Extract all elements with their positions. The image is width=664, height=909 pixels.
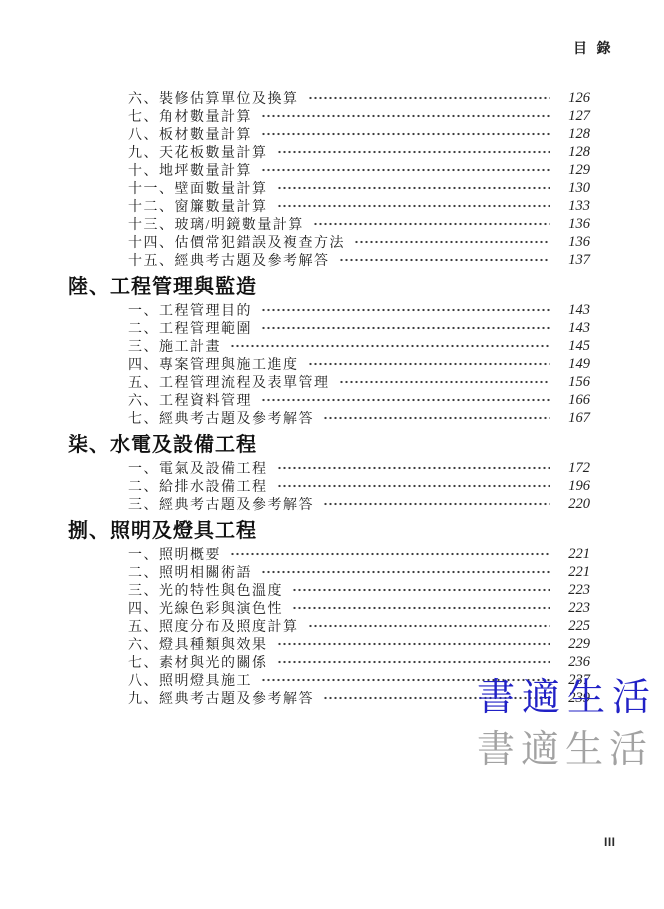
- toc-entry-page: 143: [556, 320, 590, 337]
- toc-entry-title: 三、光的特性與色溫度: [128, 580, 283, 600]
- watermark-secondary: 書適生活: [477, 731, 653, 769]
- toc-entry-page: 236: [556, 654, 590, 671]
- toc-leader-dots: [261, 301, 550, 319]
- toc-leader-dots: [323, 409, 550, 427]
- toc-entry-title: 三、施工計畫: [128, 336, 221, 356]
- toc-leader-dots: [261, 161, 550, 179]
- toc-leader-dots: [292, 581, 550, 599]
- toc-entry: 九、天花板數量計算128: [68, 143, 590, 161]
- toc-entry-title: 七、素材與光的關係: [128, 652, 268, 672]
- toc-entry-title: 七、經典考古題及參考解答: [128, 408, 314, 428]
- toc-entry-page: 145: [556, 338, 590, 355]
- toc-entry-page: 129: [556, 162, 590, 179]
- toc-entry-title: 二、給排水設備工程: [128, 476, 268, 496]
- toc-entry-page: 221: [556, 564, 590, 581]
- toc-leader-dots: [277, 635, 551, 653]
- toc-entry-title: 二、照明相關術語: [128, 562, 252, 582]
- toc-entry: 十三、玻璃/明鏡數量計算136: [68, 215, 590, 233]
- toc-leader-dots: [277, 143, 551, 161]
- toc-entry: 八、照明燈具施工237: [68, 671, 590, 689]
- toc-entry-title: 四、專案管理與施工進度: [128, 354, 299, 374]
- toc-entry-title: 十四、估價常犯錯誤及複查方法: [128, 232, 345, 252]
- toc-entry-title: 八、板材數量計算: [128, 124, 252, 144]
- toc-entry: 十、地坪數量計算129: [68, 161, 590, 179]
- table-of-contents: 六、裝修估算單位及換算126七、角材數量計算127八、板材數量計算128九、天花…: [68, 89, 590, 707]
- toc-leader-dots: [277, 653, 551, 671]
- toc-leader-dots: [277, 459, 551, 477]
- section-heading: 陸、工程管理與監造: [68, 275, 590, 299]
- toc-entry-page: 137: [556, 252, 590, 269]
- toc-entry-page: 229: [556, 636, 590, 653]
- toc-entry: 十五、經典考古題及參考解答137: [68, 251, 590, 269]
- toc-entry: 三、經典考古題及參考解答220: [68, 495, 590, 513]
- toc-leader-dots: [230, 337, 550, 355]
- toc-entry: 五、照度分布及照度計算225: [68, 617, 590, 635]
- toc-entry-page: 220: [556, 496, 590, 513]
- book-toc-page: 目 錄 六、裝修估算單位及換算126七、角材數量計算127八、板材數量計算128…: [0, 0, 664, 909]
- page-number: III: [604, 835, 616, 849]
- toc-entry-page: 143: [556, 302, 590, 319]
- toc-entry: 三、光的特性與色溫度223: [68, 581, 590, 599]
- toc-entry-title: 十二、窗簾數量計算: [128, 196, 268, 216]
- toc-leader-dots: [277, 477, 551, 495]
- toc-entry-title: 一、電氣及設備工程: [128, 458, 268, 478]
- toc-entry-page: 237: [556, 672, 590, 689]
- toc-entry-title: 七、角材數量計算: [128, 106, 252, 126]
- toc-leader-dots: [261, 671, 550, 689]
- toc-entry: 七、經典考古題及參考解答167: [68, 409, 590, 427]
- toc-entry-title: 六、裝修估算單位及換算: [128, 88, 299, 108]
- toc-entry-page: 136: [556, 216, 590, 233]
- toc-entry: 二、給排水設備工程196: [68, 477, 590, 495]
- toc-leader-dots: [313, 215, 550, 233]
- toc-entry: 二、工程管理範圍143: [68, 319, 590, 337]
- toc-entry-page: 196: [556, 478, 590, 495]
- toc-leader-dots: [230, 545, 550, 563]
- toc-entry-page: 166: [556, 392, 590, 409]
- toc-leader-dots: [277, 197, 551, 215]
- toc-entry-title: 九、經典考古題及參考解答: [128, 688, 314, 708]
- toc-leader-dots: [261, 319, 550, 337]
- toc-entry-title: 九、天花板數量計算: [128, 142, 268, 162]
- toc-entry: 三、施工計畫145: [68, 337, 590, 355]
- toc-leader-dots: [277, 179, 551, 197]
- toc-entry-title: 八、照明燈具施工: [128, 670, 252, 690]
- toc-entry-page: 126: [556, 90, 590, 107]
- toc-entry-title: 一、工程管理目的: [128, 300, 252, 320]
- toc-entry: 五、工程管理流程及表單管理156: [68, 373, 590, 391]
- section-heading: 柒、水電及設備工程: [68, 433, 590, 457]
- toc-entry-page: 128: [556, 126, 590, 143]
- toc-leader-dots: [261, 125, 550, 143]
- toc-entry-title: 二、工程管理範圍: [128, 318, 252, 338]
- toc-entry-page: 128: [556, 144, 590, 161]
- toc-entry-page: 221: [556, 546, 590, 563]
- toc-entry-title: 三、經典考古題及參考解答: [128, 494, 314, 514]
- toc-entry: 六、燈具種類與效果229: [68, 635, 590, 653]
- toc-entry-title: 十五、經典考古題及參考解答: [128, 250, 330, 270]
- toc-entry-title: 五、照度分布及照度計算: [128, 616, 299, 636]
- section-heading: 捌、照明及燈具工程: [68, 519, 590, 543]
- toc-section: 六、裝修估算單位及換算126七、角材數量計算127八、板材數量計算128九、天花…: [68, 89, 590, 269]
- toc-leader-dots: [339, 251, 551, 269]
- toc-entry-title: 一、照明概要: [128, 544, 221, 564]
- toc-leader-dots: [308, 355, 551, 373]
- toc-entry: 七、角材數量計算127: [68, 107, 590, 125]
- toc-entry-title: 十一、壁面數量計算: [128, 178, 268, 198]
- toc-entry: 二、照明相關術語221: [68, 563, 590, 581]
- toc-entry-title: 十三、玻璃/明鏡數量計算: [128, 214, 304, 234]
- toc-entry: 一、工程管理目的143: [68, 301, 590, 319]
- toc-entry-page: 172: [556, 460, 590, 477]
- toc-leader-dots: [308, 617, 551, 635]
- toc-entry: 一、照明概要221: [68, 545, 590, 563]
- toc-entry-page: 127: [556, 108, 590, 125]
- toc-entry-title: 五、工程管理流程及表單管理: [128, 372, 330, 392]
- toc-entry: 十四、估價常犯錯誤及複查方法136: [68, 233, 590, 251]
- toc-entry: 六、裝修估算單位及換算126: [68, 89, 590, 107]
- toc-entry-page: 223: [556, 600, 590, 617]
- toc-entry: 八、板材數量計算128: [68, 125, 590, 143]
- toc-leader-dots: [308, 89, 551, 107]
- toc-leader-dots: [323, 689, 550, 707]
- toc-leader-dots: [261, 563, 550, 581]
- toc-entry-page: 133: [556, 198, 590, 215]
- toc-leader-dots: [292, 599, 550, 617]
- toc-entry-page: 136: [556, 234, 590, 251]
- toc-entry-title: 十、地坪數量計算: [128, 160, 252, 180]
- toc-leader-dots: [323, 495, 550, 513]
- toc-leader-dots: [354, 233, 550, 251]
- toc-entry-page: 130: [556, 180, 590, 197]
- toc-entry-title: 六、工程資料管理: [128, 390, 252, 410]
- toc-entry-page: 167: [556, 410, 590, 427]
- toc-entry: 九、經典考古題及參考解答239: [68, 689, 590, 707]
- toc-entry: 四、光線色彩與演色性223: [68, 599, 590, 617]
- toc-entry-page: 223: [556, 582, 590, 599]
- toc-entry-page: 239: [556, 690, 590, 707]
- toc-section: 柒、水電及設備工程一、電氣及設備工程172二、給排水設備工程196三、經典考古題…: [68, 433, 590, 513]
- toc-entry: 十二、窗簾數量計算133: [68, 197, 590, 215]
- toc-entry-page: 149: [556, 356, 590, 373]
- toc-section: 捌、照明及燈具工程一、照明概要221二、照明相關術語221三、光的特性與色溫度2…: [68, 519, 590, 707]
- toc-entry: 六、工程資料管理166: [68, 391, 590, 409]
- page-header-title: 目 錄: [573, 38, 614, 58]
- toc-leader-dots: [261, 107, 550, 125]
- toc-section: 陸、工程管理與監造一、工程管理目的143二、工程管理範圍143三、施工計畫145…: [68, 275, 590, 427]
- toc-leader-dots: [261, 391, 550, 409]
- toc-entry-title: 四、光線色彩與演色性: [128, 598, 283, 618]
- toc-entry: 十一、壁面數量計算130: [68, 179, 590, 197]
- toc-entry: 一、電氣及設備工程172: [68, 459, 590, 477]
- toc-entry-page: 156: [556, 374, 590, 391]
- toc-entry-title: 六、燈具種類與效果: [128, 634, 268, 654]
- toc-entry: 四、專案管理與施工進度149: [68, 355, 590, 373]
- toc-entry-page: 225: [556, 618, 590, 635]
- toc-leader-dots: [339, 373, 551, 391]
- toc-entry: 七、素材與光的關係236: [68, 653, 590, 671]
